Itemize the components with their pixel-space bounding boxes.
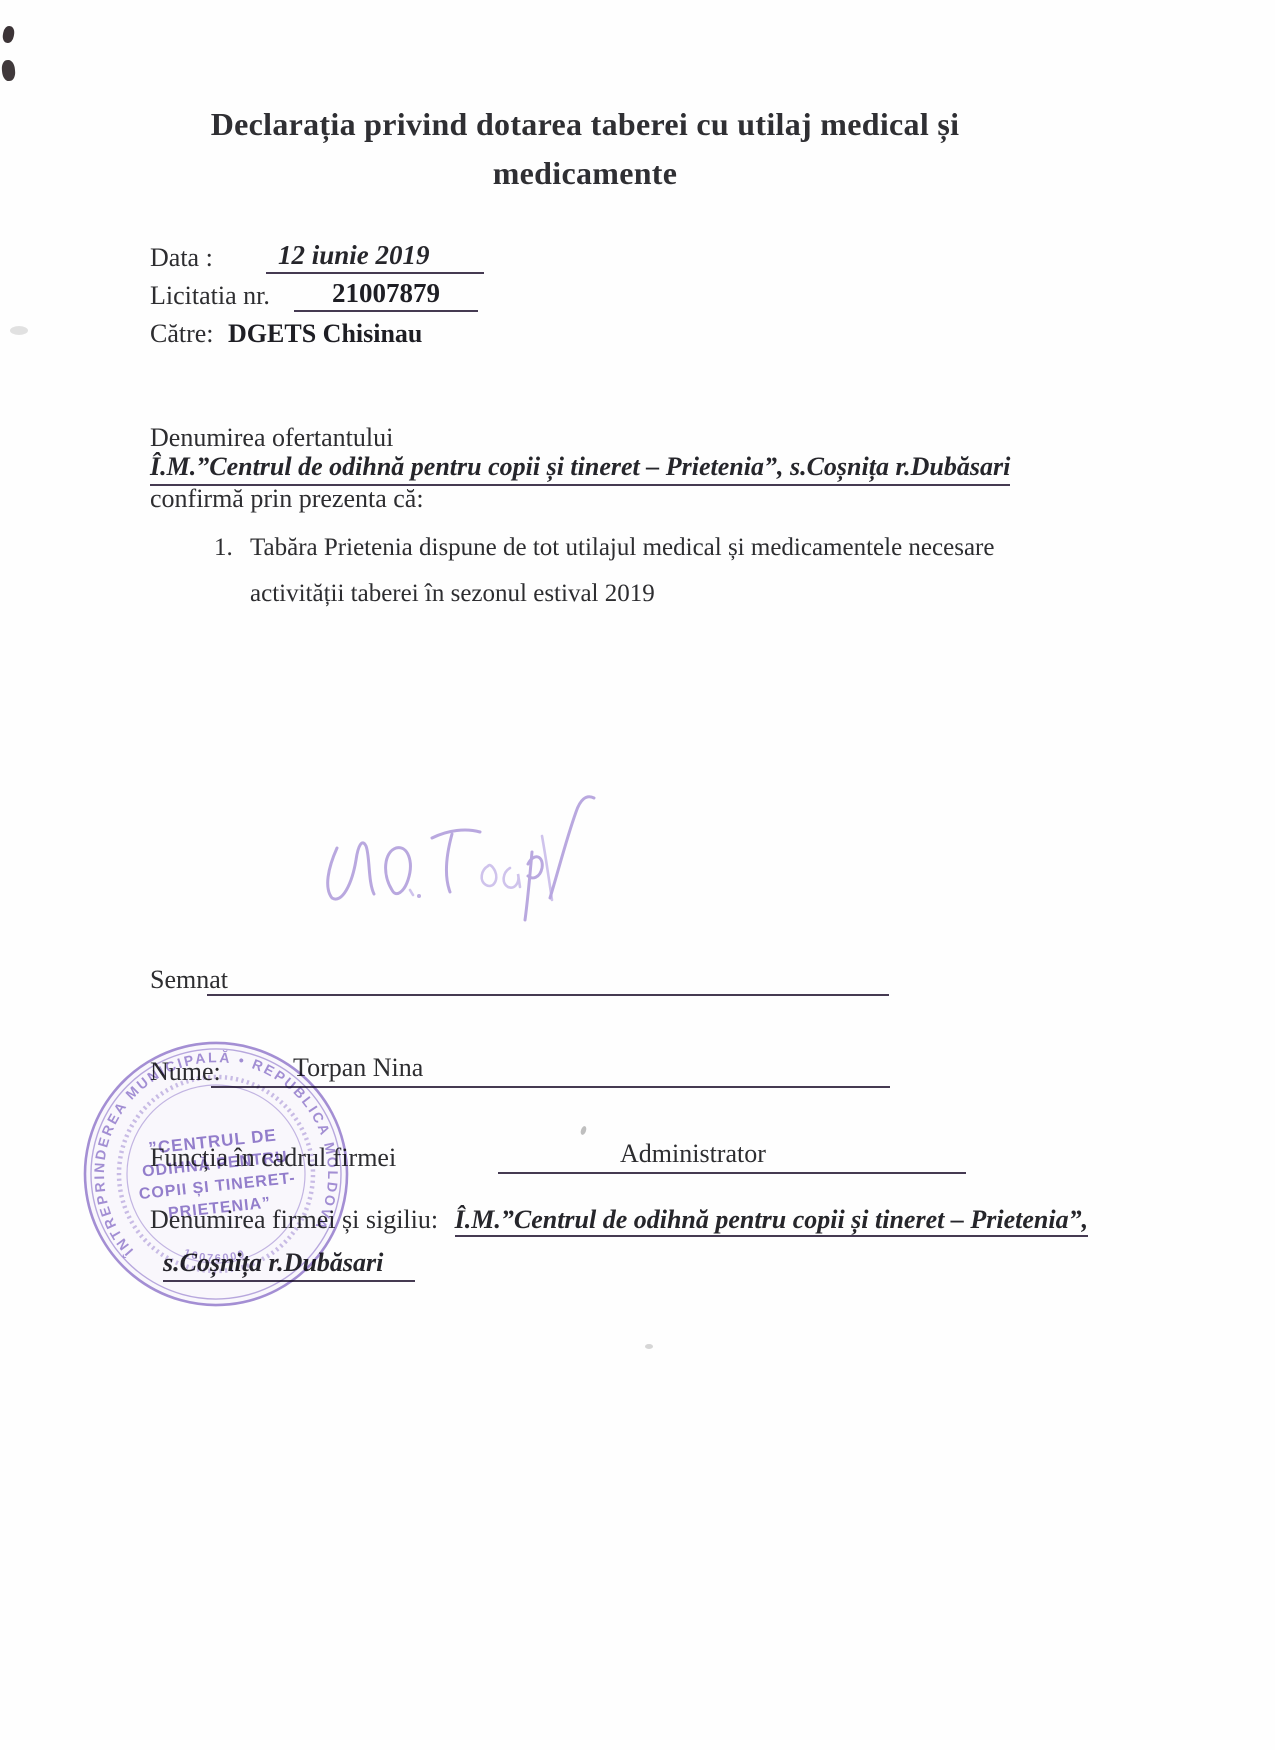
licitatia-row-value: 21007879 bbox=[294, 276, 478, 312]
firma-value-line-1: Î.M.”Centrul de odihnă pentru copii și t… bbox=[455, 1205, 1088, 1237]
scan-artifact bbox=[1, 59, 16, 81]
functie-value: Administrator bbox=[498, 1138, 966, 1174]
statement-line-1: Tabăra Prietenia dispune de tot utilajul… bbox=[250, 532, 994, 564]
statement-number: 1. bbox=[214, 532, 233, 564]
statement-line-2: activității taberei în sezonul estival 2… bbox=[250, 578, 655, 610]
catre-row: Către: DGETS Chisinau bbox=[150, 318, 422, 350]
data-row-value: 12 iunie 2019 bbox=[266, 238, 484, 274]
scan-artifact bbox=[580, 1125, 588, 1135]
offerer-name: Î.M.”Centrul de odihnă pentru copii și t… bbox=[150, 451, 1010, 486]
data-row-label: Data : bbox=[150, 242, 213, 274]
scan-artifact bbox=[10, 326, 28, 335]
scan-artifact bbox=[645, 1344, 653, 1349]
company-seal-stamp: ÎNTREPRINDEREA MUNICIPALĂ • REPUBLICA MO… bbox=[56, 1014, 377, 1335]
scan-artifact bbox=[2, 25, 16, 44]
offerer-heading: Denumirea ofertantului bbox=[150, 422, 393, 454]
title-line-1: Declarația privind dotarea taberei cu ut… bbox=[211, 106, 960, 142]
licitatia-row-label: Licitatia nr. bbox=[150, 280, 270, 312]
catre-value: DGETS Chisinau bbox=[228, 319, 422, 348]
title-line-2: medicamente bbox=[493, 155, 678, 191]
stamp-svg: ÎNTREPRINDEREA MUNICIPALĂ • REPUBLICA MO… bbox=[56, 1014, 377, 1335]
document-title: Declarația privind dotarea taberei cu ut… bbox=[105, 100, 1065, 198]
offerer-confirmation: confirmă prin prezenta că: bbox=[150, 483, 424, 515]
catre-label: Către: bbox=[150, 319, 214, 348]
semnat-line bbox=[207, 960, 889, 996]
document-page: Declarația privind dotarea taberei cu ut… bbox=[0, 0, 1275, 1750]
